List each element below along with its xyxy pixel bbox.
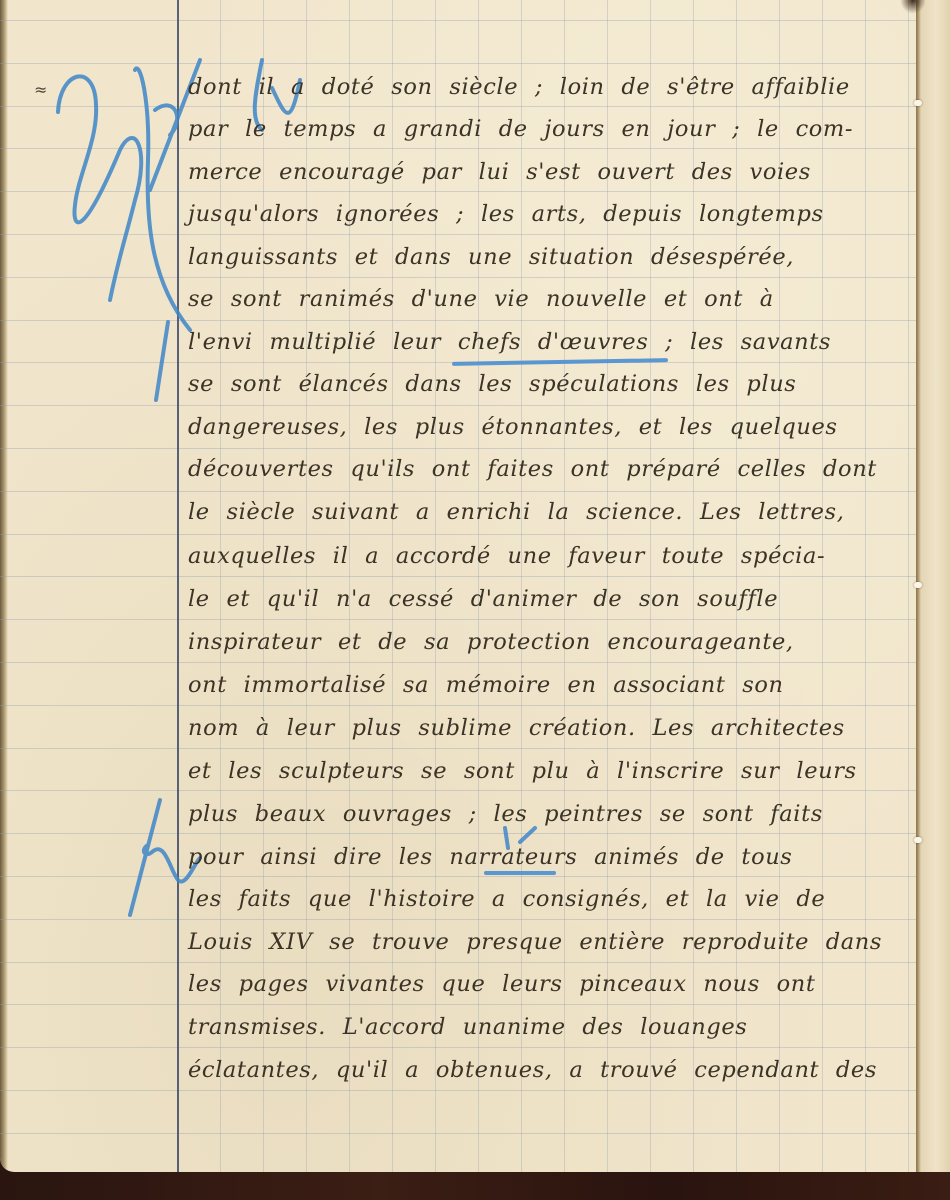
text-line: pour ainsi dire les narrateurs animés de…: [188, 842, 918, 872]
text-line: merce encouragé par lui s'est ouvert des…: [188, 157, 918, 187]
text-line: se sont élancés dans les spéculations le…: [188, 369, 918, 399]
binder-background: [0, 1172, 950, 1200]
text-line: découvertes qu'ils ont faites ont prépar…: [188, 454, 918, 484]
text-line: le et qu'il n'a cessé d'animer de son so…: [188, 584, 918, 614]
text-line: Louis XIV se trouve presque entière repr…: [188, 927, 918, 957]
margin-correction-icon: [130, 800, 160, 915]
text-line: dangereuses, les plus étonnantes, et les…: [188, 412, 918, 442]
text-line: plus beaux ouvrages ; les peintres se so…: [188, 799, 918, 829]
text-line: languissants et dans une situation déses…: [188, 242, 918, 272]
text-line: se sont ranimés d'une vie nouvelle et on…: [188, 284, 918, 314]
text-line: jusqu'alors ignorées ; les arts, depuis …: [188, 199, 918, 229]
text-line: éclatantes, qu'il a obtenues, a trouvé c…: [188, 1055, 918, 1085]
text-line: nom à leur plus sublime création. Les ar…: [188, 713, 918, 743]
margin-check-icon: [156, 322, 168, 400]
text-line: les faits que l'histoire a consignés, et…: [188, 884, 918, 914]
text-line: ont immortalisé sa mémoire en associant …: [188, 670, 918, 700]
text-line: inspirateur et de sa protection encourag…: [188, 627, 918, 657]
text-line: par le temps a grandi de jours en jour ;…: [188, 114, 918, 144]
text-line: et les sculpteurs se sont plu à l'inscri…: [188, 756, 918, 786]
text-line: transmises. L'accord unanime des louange…: [188, 1012, 918, 1042]
text-line: auxquelles il a accordé une faveur toute…: [188, 541, 918, 571]
text-line: dont il a doté son siècle ; loin de s'êt…: [188, 72, 918, 102]
notebook-page: ≈ dont il a doté son siècle ; loin de s'…: [0, 0, 950, 1172]
text-line: les pages vivantes que leurs pinceaux no…: [188, 969, 918, 999]
text-line: le siècle suivant a enrichi la science. …: [188, 497, 918, 527]
grade-digit-icon: [58, 76, 141, 300]
text-line: l'envi multiplié leur chefs d'œuvres ; l…: [188, 327, 918, 357]
